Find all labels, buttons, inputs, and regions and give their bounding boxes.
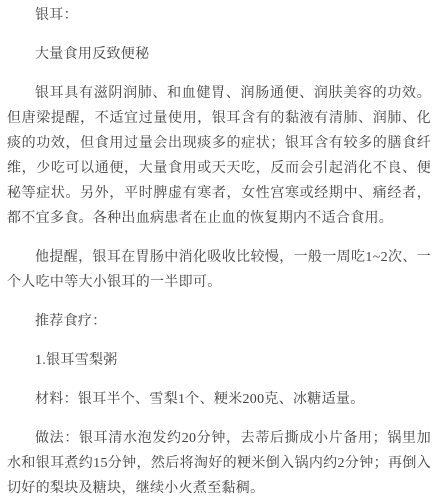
article-topic-heading: 银耳： xyxy=(7,3,431,28)
article-body: 银耳： 大量食用反致便秘 银耳具有滋阴润肺、和血健胃、润肠通便、润肤美容的功效。… xyxy=(0,0,439,503)
recommended-recipes-heading: 推荐食疗： xyxy=(7,309,431,334)
paragraph-effects-and-cautions: 银耳具有滋阴润肺、和血健胃、润肠通便、润肤美容的功效。但唐梁提醒，不适宜过量使用… xyxy=(7,81,431,231)
recipe-1-directions: 做法：银耳清水泡发约20分钟，去蒂后撕成小片备用；锅里加水和银耳煮约15分钟，然… xyxy=(7,426,431,501)
recipe-1-title: 1.银耳雪梨粥 xyxy=(7,348,431,373)
article-subtitle: 大量食用反致便秘 xyxy=(7,42,431,67)
paragraph-consumption-advice: 他提醒，银耳在胃肠中消化吸收比较慢，一般一周吃1~2次、一个人吃中等大小银耳的一… xyxy=(7,245,431,295)
recipe-1-ingredients: 材料：银耳半个、雪梨1个、粳米200克、冰糖适量。 xyxy=(7,387,431,412)
